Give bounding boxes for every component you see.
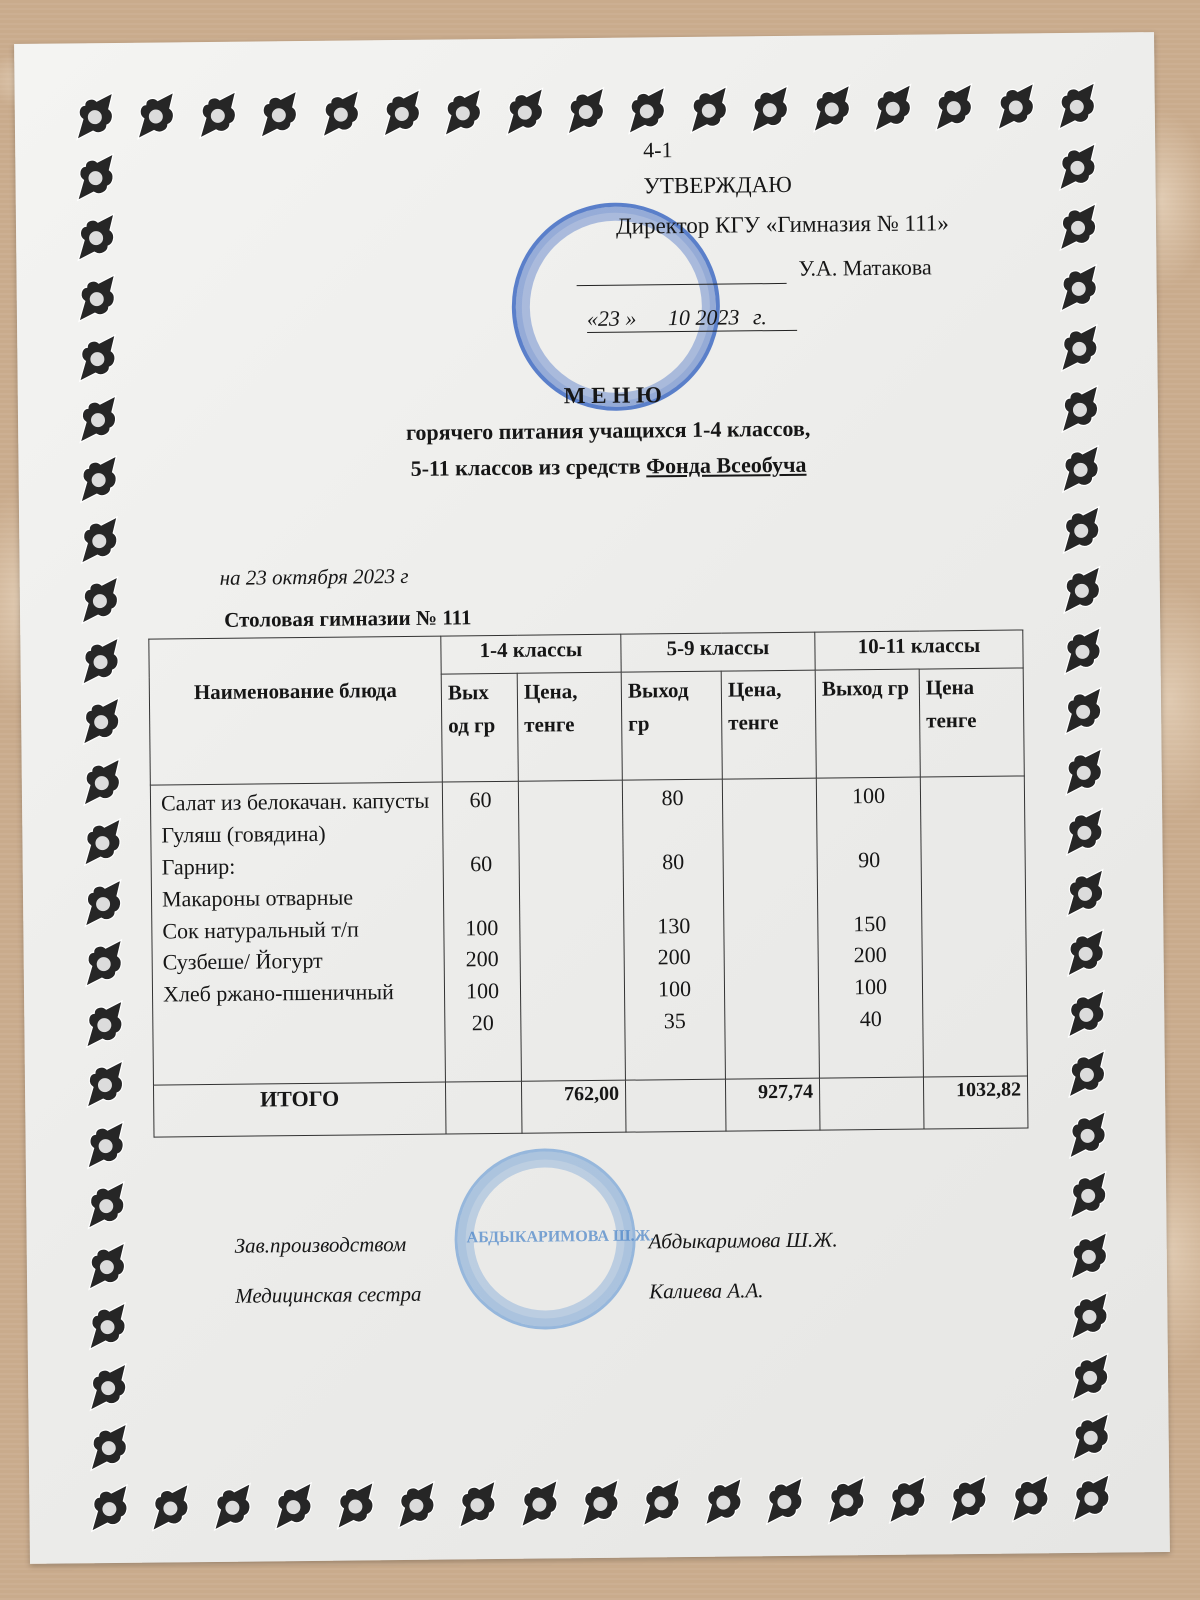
- menu-subtitle-2: 5-11 классов из средств Фонда Всеобуча: [18, 448, 1158, 486]
- ornament-flower-icon: [87, 1422, 132, 1472]
- signature-name: Калиева А.А.: [649, 1278, 764, 1304]
- ornament-flower-icon: [74, 272, 119, 322]
- subheader-3: Цена, тенге: [721, 670, 816, 779]
- ornament-flower-icon: [809, 83, 854, 133]
- signature-role: Зав.производством: [235, 1232, 407, 1259]
- total-yield-10-11: [819, 1077, 924, 1130]
- menu-date: на 23 октября 2023 г: [220, 564, 409, 591]
- ornament-flower-icon: [85, 1301, 130, 1351]
- menu-subtitle-1: горячего питания учащихся 1-4 классов,: [18, 412, 1158, 450]
- subheader-1: Цена, тенге: [517, 672, 622, 781]
- ornament-flower-icon: [80, 757, 125, 807]
- fund-name: Фонда Всеобуча: [646, 452, 807, 479]
- signature-name: Абдыкаримова Ш.Ж.: [649, 1227, 838, 1254]
- price-5-9: [722, 778, 819, 1079]
- ornament-flower-icon: [1057, 323, 1102, 373]
- ornament-flower-icon: [1055, 81, 1100, 131]
- ornament-flower-icon: [257, 89, 302, 139]
- ornament-flower-icon: [1061, 746, 1106, 796]
- total-yield-1-4: [445, 1081, 522, 1134]
- ornament-flower-icon: [73, 91, 118, 141]
- total-price-5-9: 927,74: [725, 1078, 820, 1131]
- ornament-flower-icon: [1008, 1473, 1053, 1523]
- ornament-flower-icon: [394, 1480, 439, 1530]
- price-1-4: [518, 780, 625, 1081]
- director-name: У.А. Матакова: [798, 254, 931, 281]
- ornament-flower-icon: [885, 1475, 930, 1525]
- ornament-flower-icon: [79, 696, 124, 746]
- canteen-name: Столовая гимназии № 111: [224, 605, 472, 633]
- ornament-flower-icon: [85, 1241, 130, 1291]
- ornament-flower-icon: [77, 515, 122, 565]
- ornament-flower-icon: [81, 878, 126, 928]
- group-5-9: 5-9 классы: [621, 632, 815, 672]
- ornament-flower-icon: [149, 1482, 194, 1532]
- ornament-flower-icon: [1063, 867, 1108, 917]
- date-year: 2023: [695, 304, 739, 329]
- ornament-flower-icon: [87, 1483, 132, 1533]
- ornament-flower-icon: [1056, 202, 1101, 252]
- ornament-flower-icon: [1065, 1109, 1110, 1159]
- menu-table: Наименование блюда 1-4 классы 5-9 классы…: [148, 629, 1028, 1137]
- ornament-flower-icon: [81, 938, 126, 988]
- subtitle-prefix: 5-11 классов из средств: [410, 453, 646, 480]
- ornament-flower-icon: [1067, 1230, 1112, 1280]
- ornament-flower-icon: [74, 212, 119, 262]
- ornament-flower-icon: [318, 88, 363, 138]
- ornament-flower-icon: [83, 1120, 128, 1170]
- total-yield-5-9: [625, 1079, 726, 1132]
- group-10-11: 10-11 классы: [815, 630, 1023, 670]
- ornament-flower-icon: [379, 88, 424, 138]
- ornament-flower-icon: [762, 1476, 807, 1526]
- ornament-flower-icon: [80, 817, 125, 867]
- ornament-flower-icon: [1068, 1352, 1113, 1402]
- ornament-flower-icon: [517, 1478, 562, 1528]
- ornament-flower-icon: [1060, 625, 1105, 675]
- ornament-flower-icon: [824, 1475, 869, 1525]
- total-price-1-4: 762,00: [521, 1080, 626, 1133]
- ornament-flower-icon: [1055, 141, 1100, 191]
- ornament-flower-icon: [1064, 988, 1109, 1038]
- total-price-10-11: 1032,82: [923, 1076, 1028, 1129]
- ornament-flower-icon: [441, 87, 486, 137]
- subheader-5: Цена тенге: [919, 668, 1024, 777]
- date-day: «23 »: [587, 306, 637, 332]
- ornament-flower-icon: [932, 82, 977, 132]
- ornament-flower-icon: [1065, 1049, 1110, 1099]
- ornament-flower-icon: [455, 1479, 500, 1529]
- ornament-flower-icon: [1059, 504, 1104, 554]
- date-month: 10: [668, 305, 690, 330]
- ornament-flower-icon: [82, 999, 127, 1049]
- ornamental-border: [14, 32, 1154, 44]
- subheader-2: Выход гр: [621, 671, 722, 780]
- yield-5-9: 80 80 13020010035: [622, 779, 725, 1080]
- ornament-flower-icon: [1069, 1473, 1114, 1523]
- ornament-flower-icon: [870, 83, 915, 133]
- ornament-flower-icon: [134, 90, 179, 140]
- signatures-block: Зав.производствомАбдыкаримова Ш.Ж.Медици…: [14, 32, 1154, 44]
- subheader-4: Выход гр: [815, 669, 920, 778]
- ornament-flower-icon: [271, 1481, 316, 1531]
- approve-label: УТВЕРЖДАЮ: [643, 172, 792, 200]
- ornament-flower-icon: [1066, 1170, 1111, 1220]
- ornament-flower-icon: [993, 81, 1038, 131]
- ornament-flower-icon: [946, 1474, 991, 1524]
- total-label: ИТОГО: [153, 1082, 446, 1137]
- date-suffix: г.: [753, 304, 767, 329]
- ornament-flower-icon: [86, 1362, 131, 1412]
- ornament-flower-icon: [564, 86, 609, 136]
- ornament-flower-icon: [78, 575, 123, 625]
- ornament-flower-icon: [83, 1059, 128, 1109]
- ornament-flower-icon: [210, 1482, 255, 1532]
- group-1-4: 1-4 классы: [441, 634, 621, 674]
- ornament-flower-icon: [73, 151, 118, 201]
- price-10-11: [920, 776, 1027, 1077]
- yield-1-4: 60 60 10020010020: [442, 781, 521, 1082]
- director-title: Директор КГУ «Гимназия № 111»: [616, 210, 949, 239]
- ornament-flower-icon: [1067, 1291, 1112, 1341]
- ornament-flower-icon: [748, 84, 793, 134]
- ornament-flower-icon: [195, 90, 240, 140]
- ornament-flower-icon: [1061, 686, 1106, 736]
- ornament-flower-icon: [1060, 565, 1105, 615]
- ornament-flower-icon: [1056, 262, 1101, 312]
- ornament-flower-icon: [78, 636, 123, 686]
- subheader-0: Вых од гр: [441, 673, 518, 782]
- ornament-flower-icon: [84, 1180, 129, 1230]
- menu-title: М Е Н Ю: [18, 377, 1158, 415]
- yield-10-11: 100 90 15020010040: [816, 777, 923, 1078]
- ornament-flower-icon: [1068, 1412, 1113, 1462]
- col-dish-name: Наименование блюда: [149, 636, 443, 785]
- signature-role: Медицинская сестра: [235, 1282, 422, 1309]
- dish-names: Салат из белокачан. капустыГуляш (говяди…: [150, 782, 445, 1085]
- document-page: 4-1 УТВЕРЖДАЮ Директор КГУ «Гимназия № 1…: [14, 32, 1170, 1564]
- ornament-flower-icon: [1062, 807, 1107, 857]
- ornament-flower-icon: [639, 1477, 684, 1527]
- doc-number: 4-1: [643, 137, 673, 163]
- ornament-flower-icon: [1063, 928, 1108, 978]
- ornament-flower-icon: [333, 1480, 378, 1530]
- ornament-flower-icon: [578, 1478, 623, 1528]
- ornament-flower-icon: [625, 85, 670, 135]
- ornament-flower-icon: [686, 85, 731, 135]
- kitchen-stamp-text: АБДЫКАРИМОВА Ш.Ж.: [467, 1227, 655, 1247]
- approval-date: «23 » 10 2023 г.: [587, 304, 797, 333]
- ornament-flower-icon: [701, 1476, 746, 1526]
- ornament-flower-icon: [502, 86, 547, 136]
- ornament-flower-icon: [75, 333, 120, 383]
